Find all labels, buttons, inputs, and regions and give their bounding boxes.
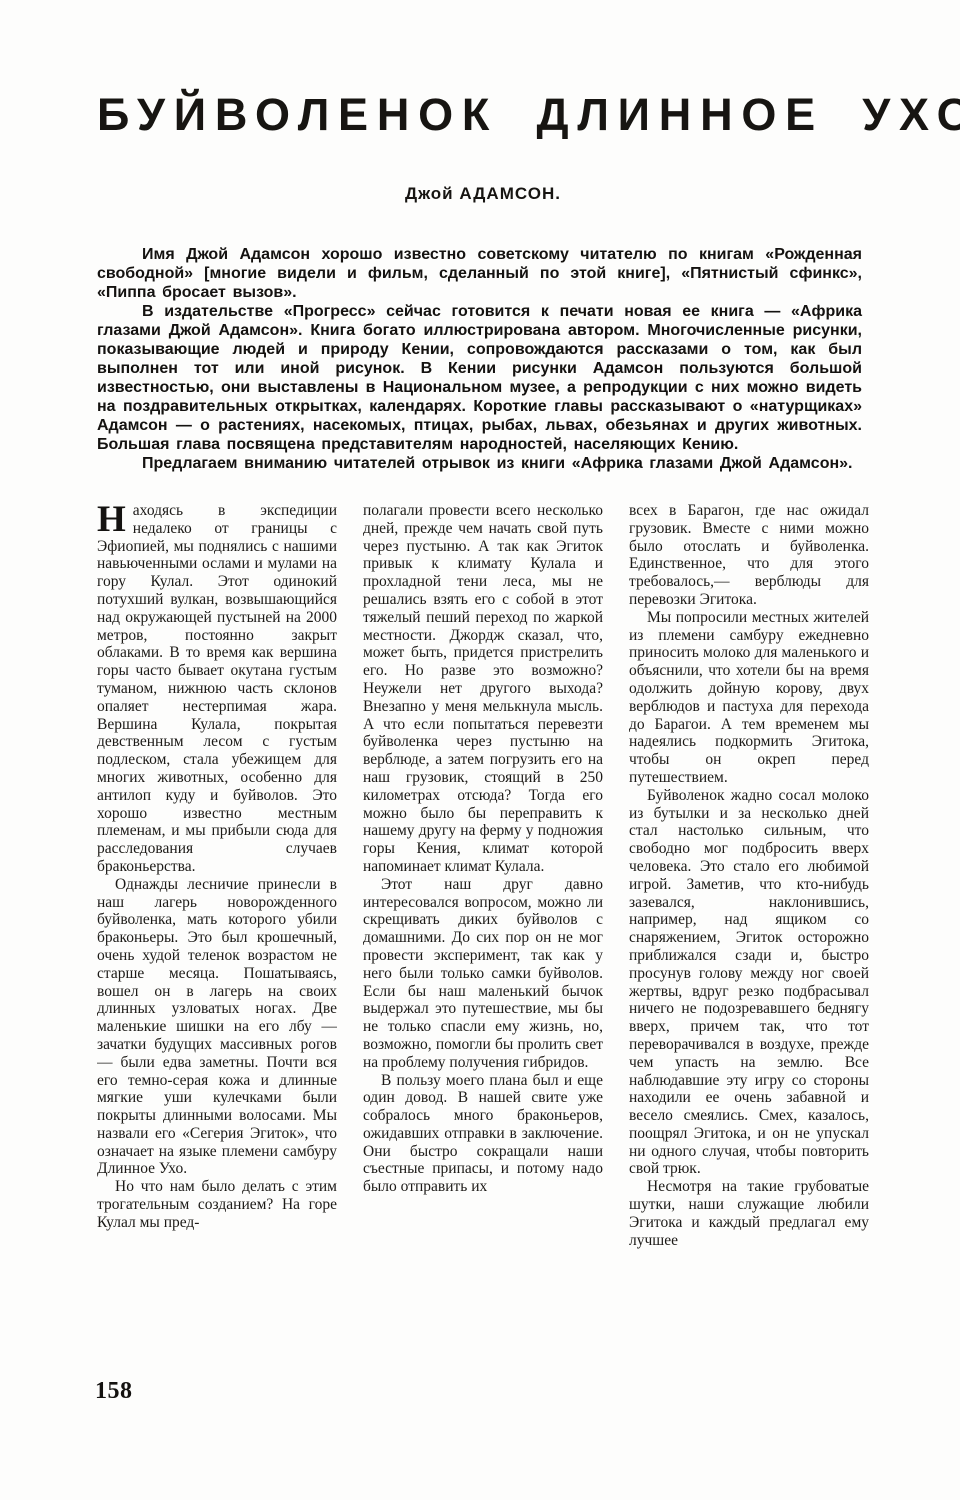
body-paragraph: Этот наш друг давно интересовался вопрос… xyxy=(363,876,603,1072)
drop-cap: Н xyxy=(97,502,133,535)
body-paragraph: Находясь в экспедиции недалеко от границ… xyxy=(97,502,337,876)
body-paragraph: Мы попросили местных жителей из племени … xyxy=(629,609,869,787)
intro-block: Имя Джой Адамсон хорошо известно советск… xyxy=(97,245,862,473)
page-number: 158 xyxy=(95,1378,132,1405)
text-column-3: всех в Барагон, где нас ожидал грузовик.… xyxy=(629,502,869,1354)
text-column-2: полагали провести всего несколько дней, … xyxy=(363,502,603,1354)
body-paragraph: Буйволенок жадно сосал молоко из бутылки… xyxy=(629,787,869,1179)
body-paragraph: всех в Барагон, где нас ожидал грузовик.… xyxy=(629,502,869,609)
intro-paragraph-3: Предлагаем вниманию читателей отрывок из… xyxy=(97,454,862,473)
body-paragraph: В пользу моего плана был и еще один дово… xyxy=(363,1072,603,1197)
intro-paragraph-1: Имя Джой Адамсон хорошо известно советск… xyxy=(97,245,862,302)
intro-paragraph-2: В издательстве «Прогресс» сейчас готовит… xyxy=(97,302,862,454)
body-paragraph: полагали провести всего несколько дней, … xyxy=(363,502,603,876)
body-paragraph: Несмотря на такие грубоватые шутки, наши… xyxy=(629,1178,869,1249)
article-columns: Находясь в экспедиции недалеко от границ… xyxy=(97,502,869,1354)
magazine-page: БУЙВОЛЕНОК ДЛИННОЕ УХО Джой АДАМСОН. Имя… xyxy=(0,0,960,1500)
article-title: БУЙВОЛЕНОК ДЛИННОЕ УХО xyxy=(97,92,869,137)
text-column-1: Находясь в экспедиции недалеко от границ… xyxy=(97,502,337,1354)
body-paragraph: Однажды лесничие принесли в наш лагерь н… xyxy=(97,876,337,1179)
body-paragraph: Но что нам было делать с этим трогательн… xyxy=(97,1178,337,1231)
article-byline: Джой АДАМСОН. xyxy=(97,184,869,204)
